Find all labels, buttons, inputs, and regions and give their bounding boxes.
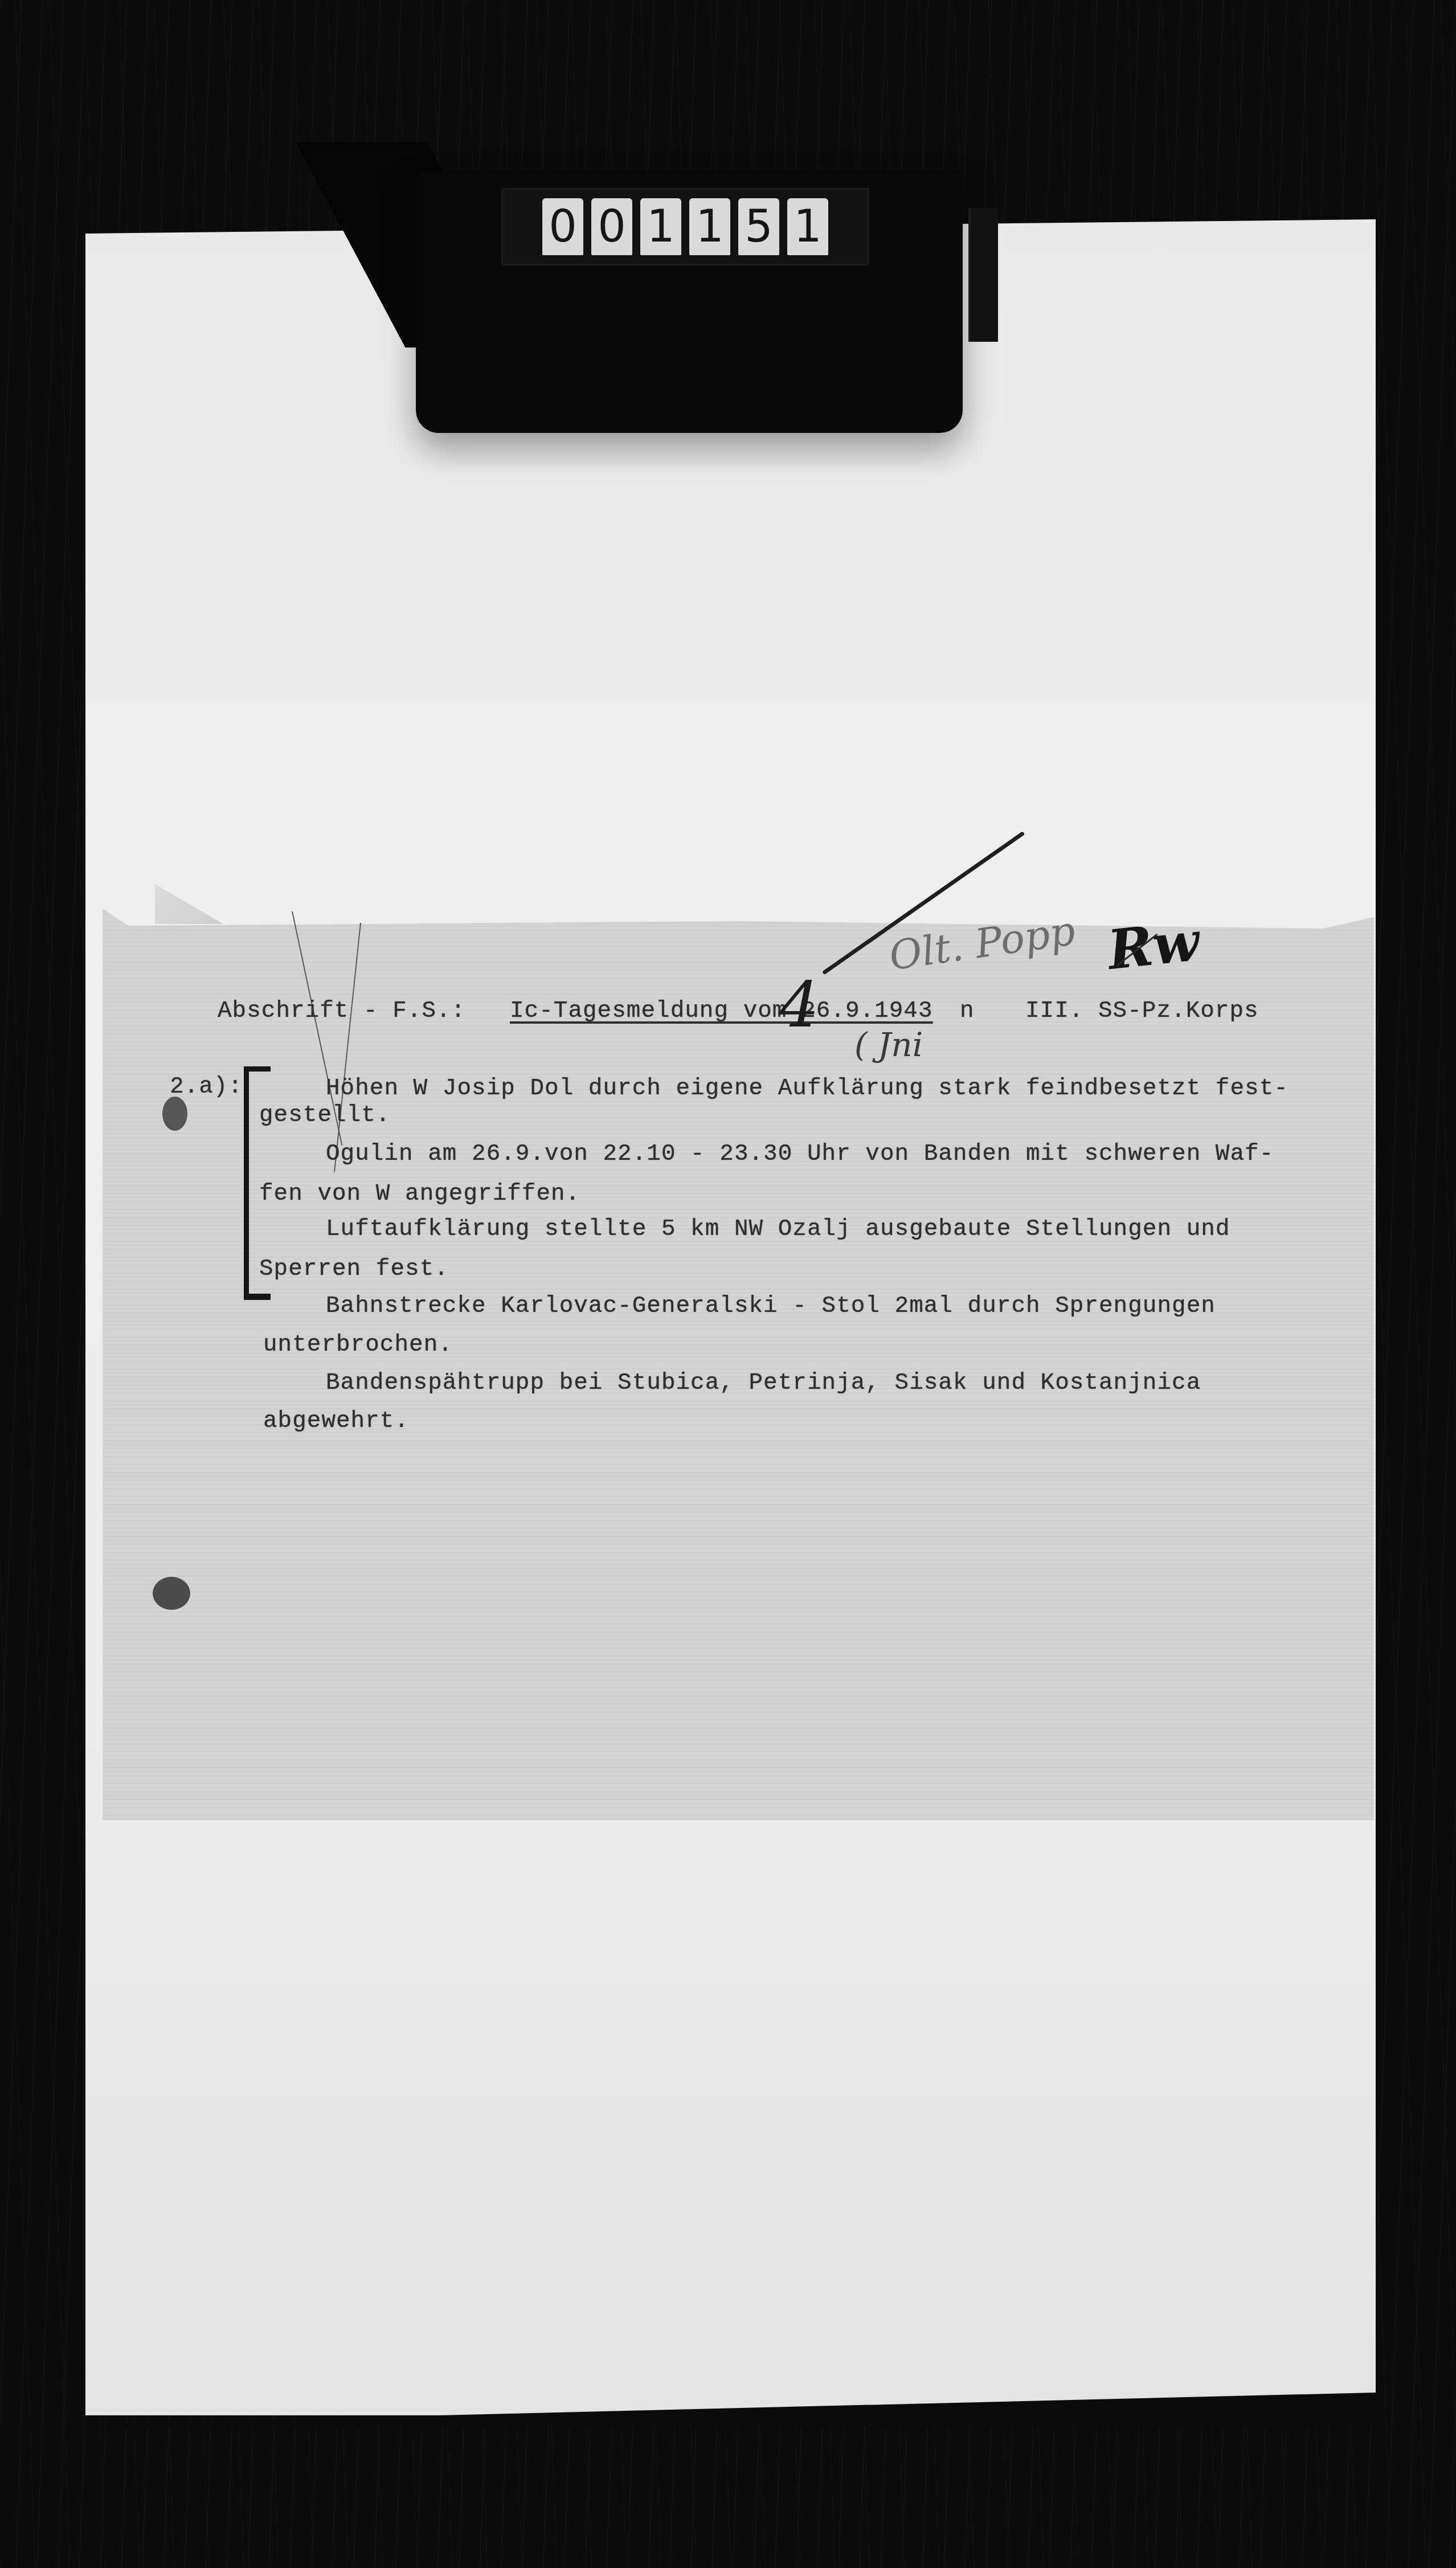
- paragraph-3-line-2: Sperren fest.: [259, 1256, 449, 1282]
- section-label: 2.a):: [170, 1074, 243, 1100]
- paragraph-4-line-2: unterbrochen.: [263, 1332, 453, 1358]
- counter-digit: 1: [689, 198, 730, 255]
- paragraph-1-line-1: Höhen W Josip Dol durch eigene Aufklärun…: [326, 1076, 1289, 1102]
- slip-texture: [103, 909, 1374, 1820]
- counter-digit: 1: [787, 198, 828, 255]
- ink-initials: Rw: [1105, 910, 1203, 982]
- paragraph-5-line-1: Bandenspähtrupp bei Stubica, Petrinja, S…: [326, 1370, 1201, 1396]
- handwritten-note-below: ( Jni: [854, 1025, 923, 1064]
- paragraph-2-line-1: Ogulin am 26.9.von 22.10 - 23.30 Uhr von…: [326, 1141, 1274, 1167]
- ink-blot: [162, 1097, 187, 1131]
- paragraph-1-line-2: gestellt.: [259, 1102, 390, 1128]
- counter-digit: 0: [542, 198, 583, 255]
- typed-message-slip: [103, 909, 1374, 1820]
- paragraph-3-line-1: Luftaufklärung stellte 5 km NW Ozalj aus…: [326, 1216, 1230, 1242]
- counter-digit: 1: [640, 198, 681, 255]
- report-title: Ic-Tagesmeldung vom 26.9.1943: [510, 998, 933, 1024]
- date-correction: 4: [779, 968, 819, 1041]
- paragraph-2-line-2: fen von W angegriffen.: [259, 1181, 580, 1207]
- counter-digit: 0: [591, 198, 632, 255]
- unit-name: III. SS-Pz.Korps: [1025, 998, 1259, 1024]
- paragraph-5-line-2: abgewehrt.: [263, 1408, 409, 1434]
- report-title-suffix: n: [960, 998, 975, 1024]
- counter-digit: 5: [738, 198, 779, 255]
- paragraph-4-line-1: Bahnstrecke Karlovac-Generalski - Stol 2…: [326, 1293, 1216, 1319]
- frame-counter-display: 0 0 1 1 5 1: [501, 188, 869, 265]
- ink-blot: [153, 1577, 190, 1610]
- header-prefix: Abschrift - F.S.:: [218, 998, 465, 1024]
- counter-knob: [968, 208, 998, 342]
